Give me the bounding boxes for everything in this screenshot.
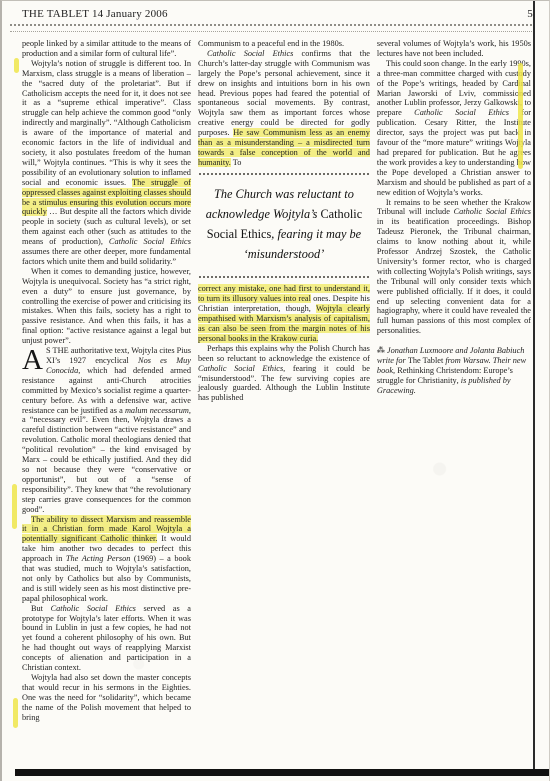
scanned-magazine-page: THE TABLET 14 January 2006 5 people link…: [0, 0, 550, 781]
scan-edge-right: [533, 1, 535, 771]
text-segment: malum necessarum: [125, 406, 189, 415]
text-segment: Catholic Social Ethics: [454, 207, 531, 216]
text-segment: Communism to a peaceful end in the 1980s…: [198, 39, 344, 48]
text-segment: Perhaps this explains why the Polish Chu…: [198, 344, 370, 363]
text-segment: But: [31, 604, 51, 613]
text-segment: several volumes of Wojtyla’s work, his 1…: [377, 39, 531, 58]
text-segment: Catholic Social Ethics: [207, 49, 293, 58]
highlighter-margin-mark: [12, 484, 17, 529]
text-segment: When it comes to demanding justice, howe…: [22, 267, 191, 345]
text-segment: served as a prototype for Wojtyla’s late…: [22, 604, 191, 672]
publication-masthead: THE TABLET 14 January 2006: [22, 8, 168, 20]
pull-quote: The Church was reluctant to acknowledge …: [199, 173, 369, 279]
column-middle: Communism to a peaceful end in the 1980s…: [198, 39, 370, 765]
author-bio: ⁂Jonathan Luxmoore and Jolanta Babiuch w…: [377, 346, 531, 396]
article-body: people linked by a similar attitude to t…: [2, 32, 549, 765]
column-left: people linked by a similar attitude to t…: [22, 39, 191, 765]
text-segment: Catholic Social Ethics: [51, 604, 136, 613]
article-paragraph: This could soon change. In the early 199…: [377, 59, 531, 198]
article-paragraph: Catholic Social Ethics confirms that the…: [198, 49, 370, 168]
text-segment: Catholic Social Ethics: [198, 364, 283, 373]
article-paragraph: The ability to dissect Marxism and reass…: [22, 515, 191, 604]
article-paragraph: correct any mistake, one had first to un…: [198, 284, 370, 343]
article-paragraph: AS THE authoritative text, Wojtyla cites…: [22, 346, 191, 514]
text-segment: Catholic Social Ethics: [109, 237, 191, 246]
article-paragraph: people linked by a similar attitude to t…: [22, 39, 191, 59]
article-paragraph: When it comes to demanding justice, howe…: [22, 267, 191, 346]
text-segment: Wojtyla’s notion of struggle is differen…: [22, 59, 191, 187]
column-right: several volumes of Wojtyla’s work, his 1…: [377, 39, 531, 765]
article-paragraph: Wojtyla had also set down the master con…: [22, 673, 191, 723]
article-paragraph: It remains to be seen whether the Krakow…: [377, 198, 531, 337]
text-segment: Catholic Social Ethics: [414, 108, 509, 117]
article-paragraph: several volumes of Wojtyla’s work, his 1…: [377, 39, 531, 59]
highlighter-margin-mark: [518, 63, 523, 169]
text-segment: people linked by a similar attitude to t…: [22, 39, 191, 58]
highlighter-margin-mark: [14, 58, 19, 73]
article-paragraph: Wojtyla’s notion of struggle is differen…: [22, 59, 191, 267]
text-segment: for publication. Cesary Ritter, the Inst…: [377, 108, 531, 196]
text-segment: Wojtyla had also set down the master con…: [22, 673, 191, 722]
text-segment: confirms that the Church’s latter-day st…: [198, 49, 370, 137]
text-segment: The Tablet: [408, 356, 443, 365]
article-paragraph: Communism to a peaceful end in the 1980s…: [198, 39, 370, 49]
page-header: THE TABLET 14 January 2006 5: [2, 1, 549, 23]
article-paragraph: But Catholic Social Ethics served as a p…: [22, 604, 191, 673]
text-segment: assumes there are other deeper, more fun…: [22, 247, 191, 266]
text-segment: The Acting Person: [66, 554, 130, 563]
header-rule-top: [10, 24, 532, 26]
text-segment: in its beatification proceedings. Bishop…: [377, 217, 531, 335]
text-segment: , a “necessary evil”. Even then, Wojtyla…: [22, 406, 191, 514]
article-paragraph: Perhaps this explains why the Polish Chu…: [198, 344, 370, 403]
highlighter-margin-mark: [13, 698, 18, 728]
asterism-icon: ⁂: [377, 346, 387, 355]
text-segment: To: [231, 158, 242, 167]
scan-edge-bottom: [15, 769, 549, 776]
drop-cap: A: [22, 346, 46, 373]
